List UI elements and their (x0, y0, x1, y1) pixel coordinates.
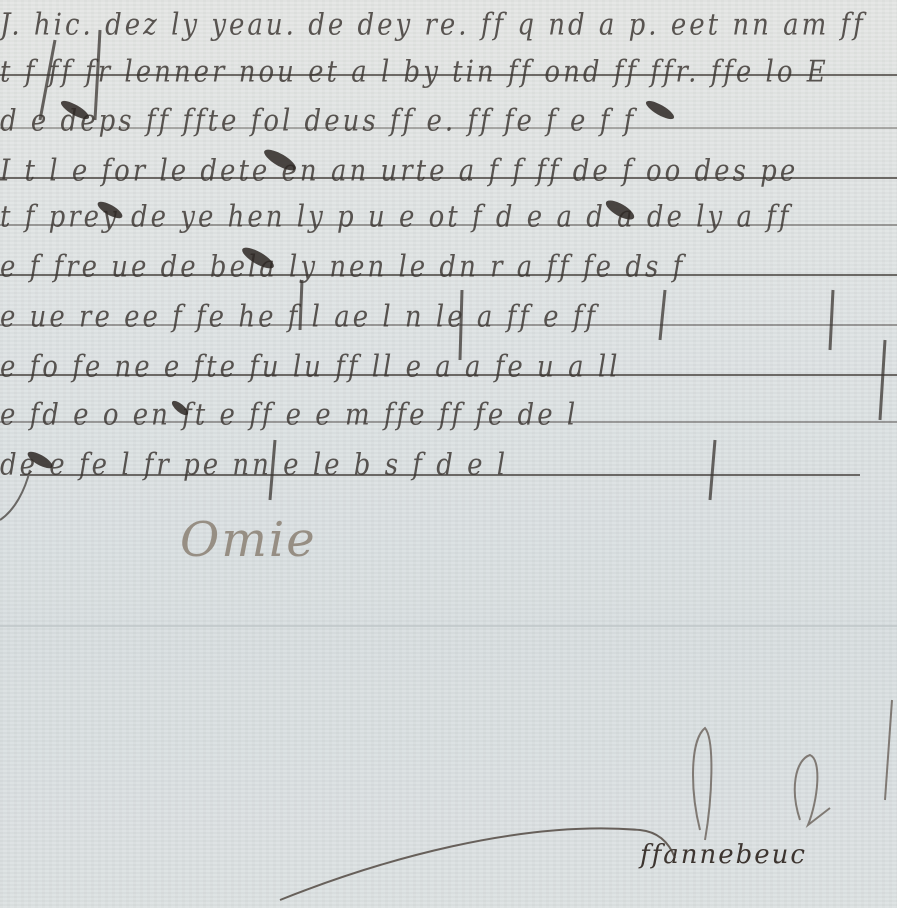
ink-flourishes (0, 0, 897, 908)
signature-subscript: ffannebeuc (640, 840, 807, 870)
marginal-annotation: Omie (180, 512, 317, 568)
